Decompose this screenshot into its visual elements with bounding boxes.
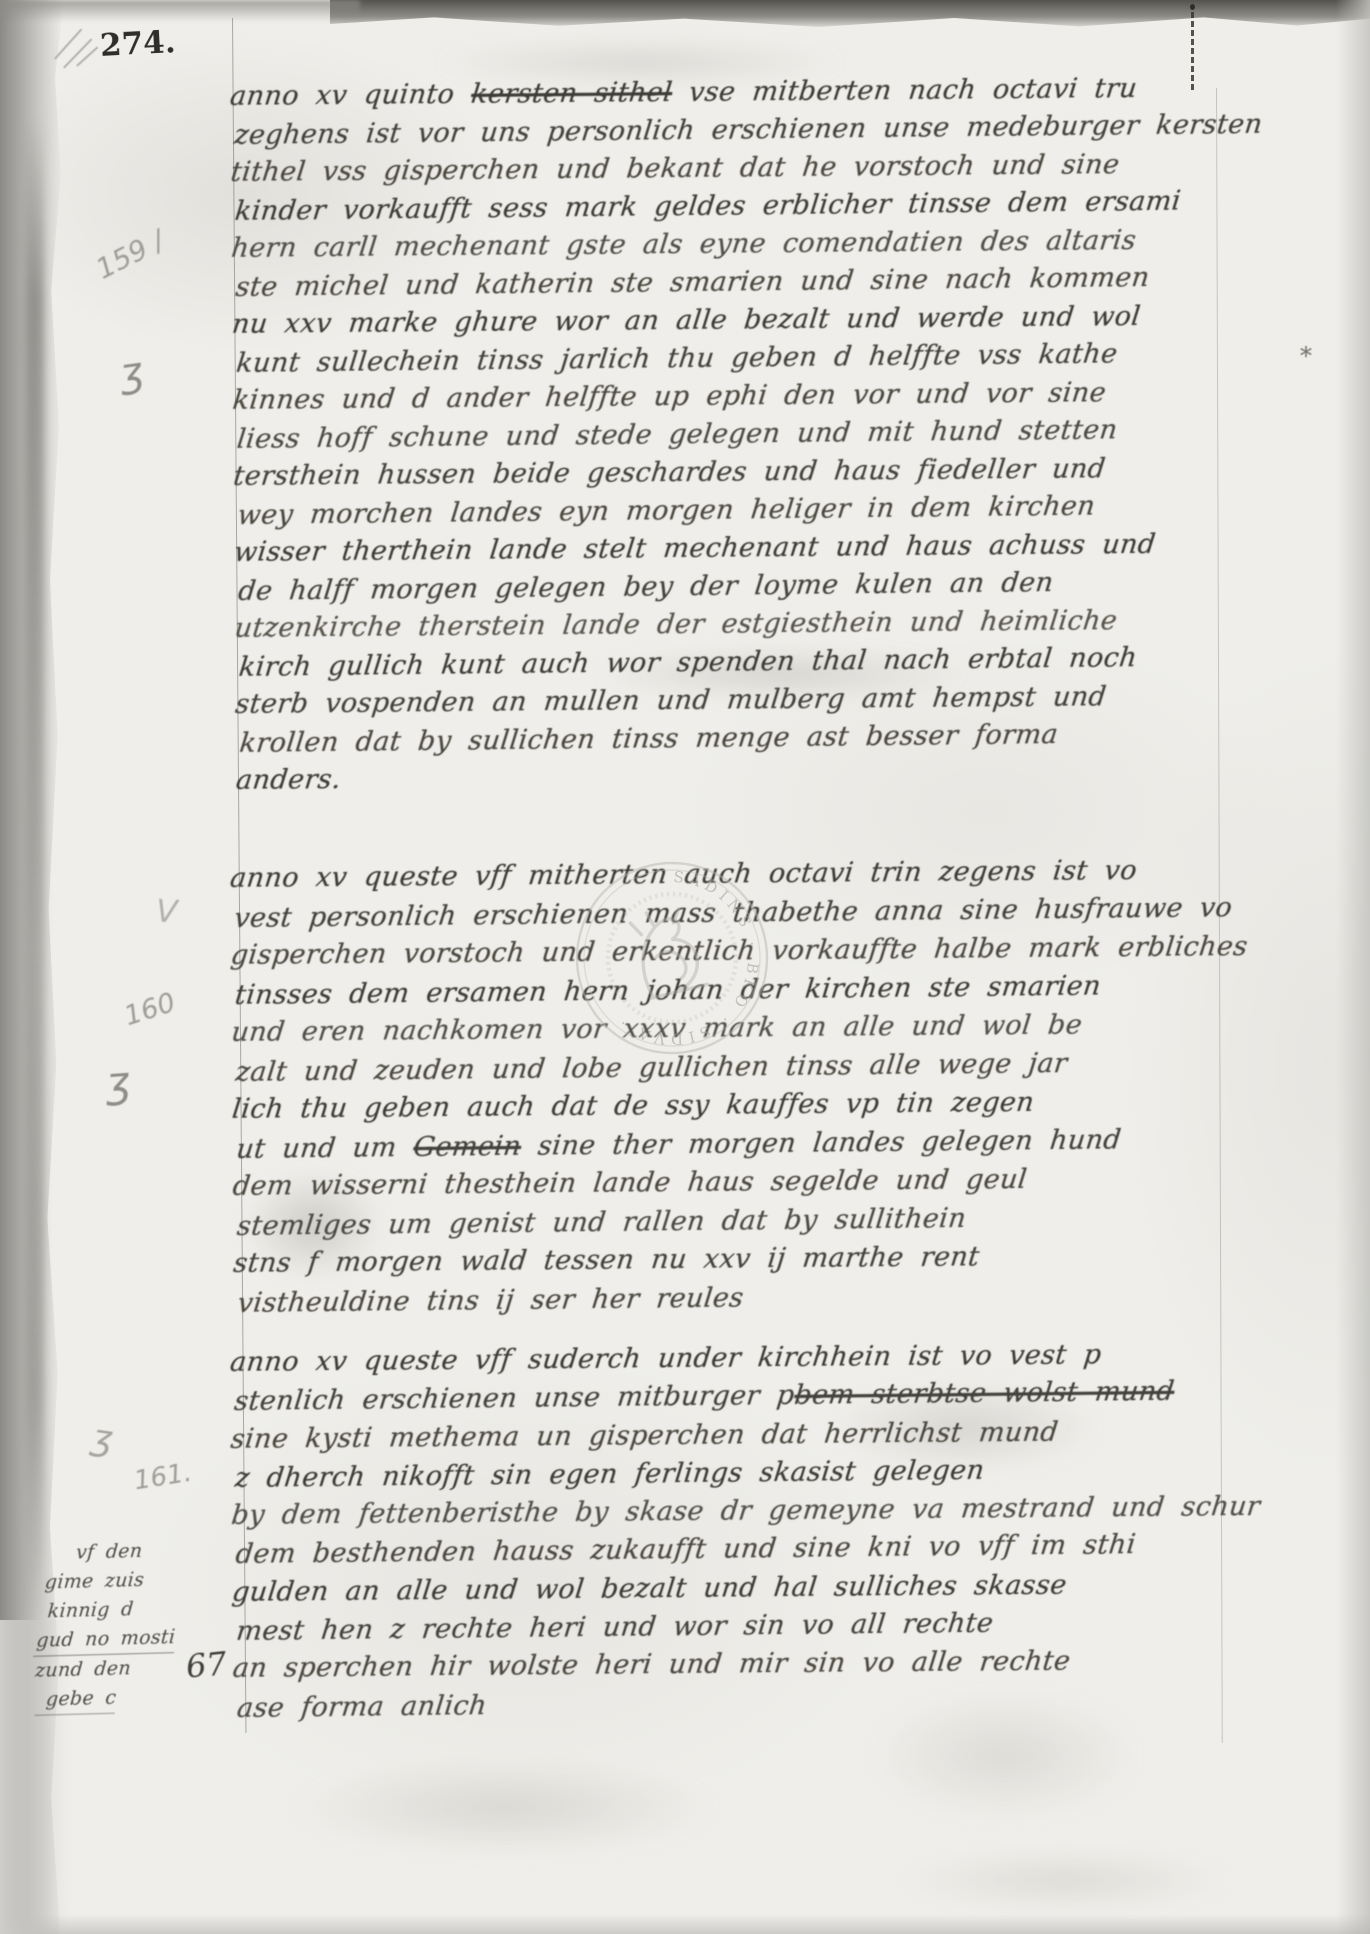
scribal-margin-mark: ʒ (89, 1417, 115, 1460)
manuscript-line: anders. (234, 753, 1248, 800)
stamp-heraldic-figure (629, 903, 708, 999)
pencil-number-160: 160 (120, 987, 179, 1032)
torn-top-edge (330, 0, 1370, 30)
manuscript-paragraph-3: anno xv queste vff suderch under kirchhe… (230, 1335, 1243, 1727)
bleed-through-smudge (290, 1760, 720, 1855)
manuscript-scan-page: 274. 159 / ʒ V 160 ʒ ʒ 161. * anno xv qu… (0, 0, 1370, 1934)
ink-star-mark: * (1300, 342, 1312, 370)
margin-note-block: vf dengime zuiskinnig dgud no mostizund … (32, 1536, 177, 1716)
manuscript-paragraph-1: anno xv quinto kersten sithel vse mitber… (230, 69, 1246, 800)
margin-note-line: zund den (34, 1654, 132, 1686)
struck-text: bem sterbtse wolst mund (793, 1376, 1176, 1411)
pencil-number-161: 161. (132, 1458, 194, 1497)
left-edge-shadow (26, 120, 44, 1620)
struck-text: Gemein (412, 1130, 523, 1162)
scribal-margin-mark: ʒ (104, 1057, 132, 1108)
margin-note-line: kinnig d (32, 1595, 134, 1627)
right-edge-shadow (1336, 0, 1370, 1934)
margin-note-number: 67 (184, 1644, 228, 1686)
bottom-edge-shadow (0, 1914, 1370, 1934)
ink-dot (1190, 4, 1195, 10)
scribal-margin-mark: ʒ (117, 349, 146, 398)
pencil-number-159: 159 / (90, 224, 169, 286)
margin-note-line: vf den (31, 1537, 144, 1569)
bleed-through-smudge (900, 1850, 1230, 1910)
margin-note-line: gud no mosti (33, 1623, 176, 1657)
margin-note-line: gebe c (35, 1684, 118, 1716)
margin-note-line: gime zuis (32, 1566, 146, 1598)
pencil-v-mark: V (155, 893, 178, 930)
top-left-edge-shadow (0, 0, 360, 22)
folio-number: 274. (99, 24, 176, 64)
struck-text: kersten sithel (470, 77, 674, 110)
